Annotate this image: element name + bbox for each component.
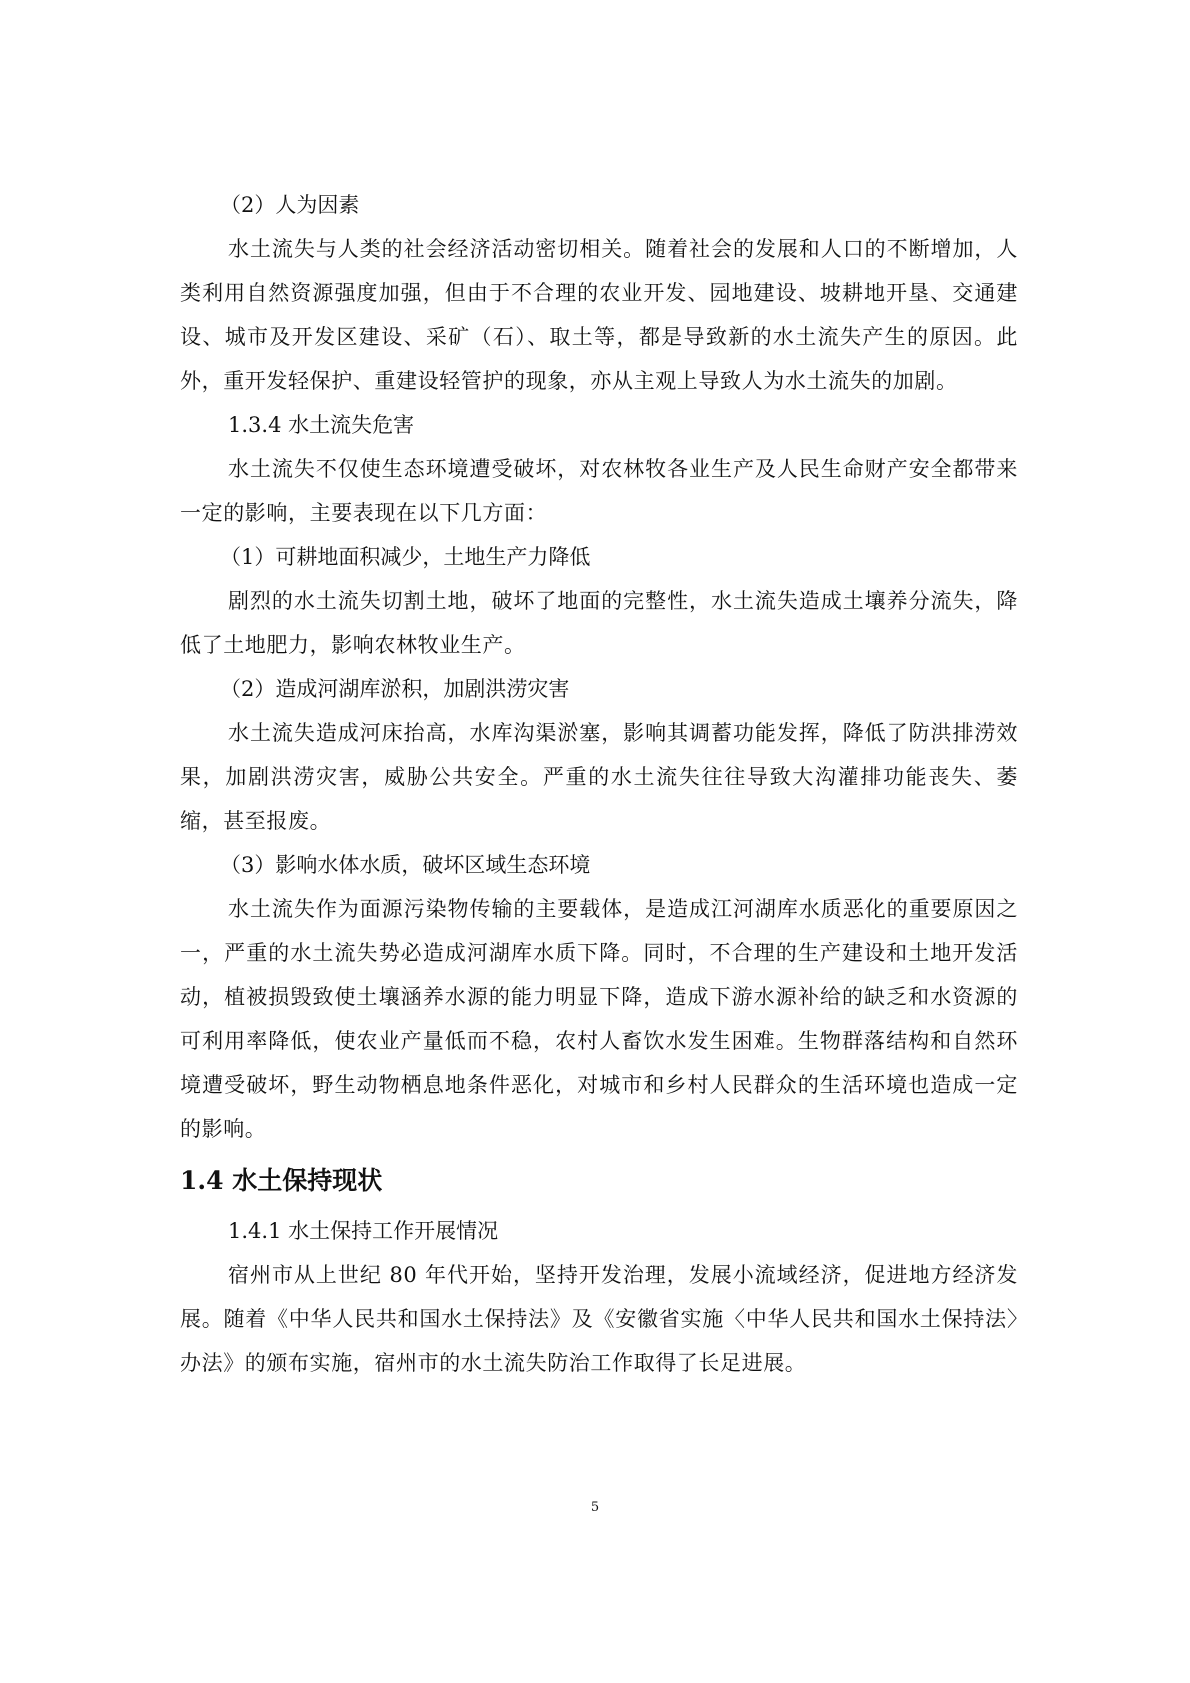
paragraph-hazards-intro: 水土流失不仅使生态环境遭受破坏，对农林牧各业生产及人民生命财产安全都带来一定的影… — [180, 447, 1018, 535]
paragraph-human-factors: 水土流失与人类的社会经济活动密切相关。随着社会的发展和人口的不断增加，人类利用自… — [180, 227, 1018, 403]
subheading-hazard-3: （3）影响水体水质，破坏区域生态环境 — [180, 843, 1018, 887]
section-heading-1-4: 1.4 水土保持现状 — [180, 1155, 1018, 1207]
paragraph-hazard-1: 剧烈的水土流失切割土地，破坏了地面的完整性，水土流失造成土壤养分流失，降低了土地… — [180, 579, 1018, 667]
section-heading-1-3-4: 1.3.4 水土流失危害 — [180, 403, 1018, 447]
subheading-hazard-2: （2）造成河湖库淤积，加剧洪涝灾害 — [180, 667, 1018, 711]
paragraph-hazard-2: 水土流失造成河床抬高，水库沟渠淤塞，影响其调蓄功能发挥，降低了防洪排涝效果，加剧… — [180, 711, 1018, 843]
subheading-hazard-1: （1）可耕地面积减少，土地生产力降低 — [180, 535, 1018, 579]
paragraph-hazard-3: 水土流失作为面源污染物传输的主要载体，是造成江河湖库水质恶化的重要原因之一，严重… — [180, 887, 1018, 1151]
page-number: 5 — [0, 1500, 1190, 1515]
document-page: （2）人为因素 水土流失与人类的社会经济活动密切相关。随着社会的发展和人口的不断… — [180, 183, 1018, 1385]
subheading-human-factors: （2）人为因素 — [180, 183, 1018, 227]
section-heading-1-4-1: 1.4.1 水土保持工作开展情况 — [180, 1209, 1018, 1253]
paragraph-work-status: 宿州市从上世纪 80 年代开始，坚持开发治理，发展小流域经济，促进地方经济发展。… — [180, 1253, 1018, 1385]
